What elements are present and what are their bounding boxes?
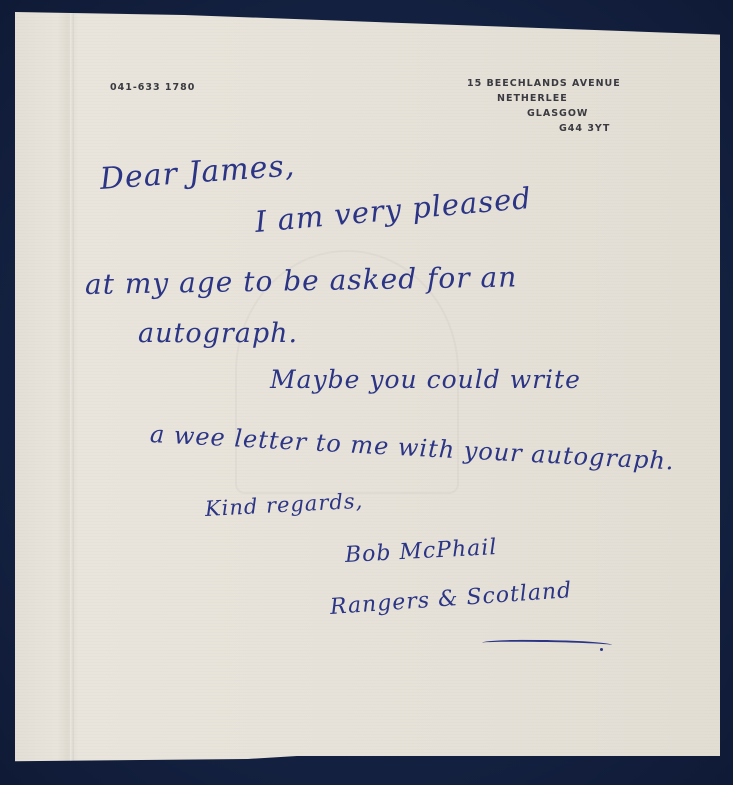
address-line-area: NETHERLEE bbox=[467, 91, 621, 106]
signature-dot bbox=[600, 648, 603, 651]
address-line-street: 15 BEECHLANDS AVENUE bbox=[467, 76, 621, 91]
address-line-city: GLASGOW bbox=[467, 106, 621, 121]
address-line-postcode: G44 3YT bbox=[467, 121, 621, 136]
letter-body-line: Maybe you could write bbox=[270, 365, 581, 394]
letterhead-address: 15 BEECHLANDS AVENUE NETHERLEE GLASGOW G… bbox=[467, 76, 621, 136]
letterhead-phone: 041-633 1780 bbox=[110, 82, 195, 93]
paper-fold-crease bbox=[70, 12, 74, 765]
letter-body-line: autograph. bbox=[138, 318, 298, 349]
